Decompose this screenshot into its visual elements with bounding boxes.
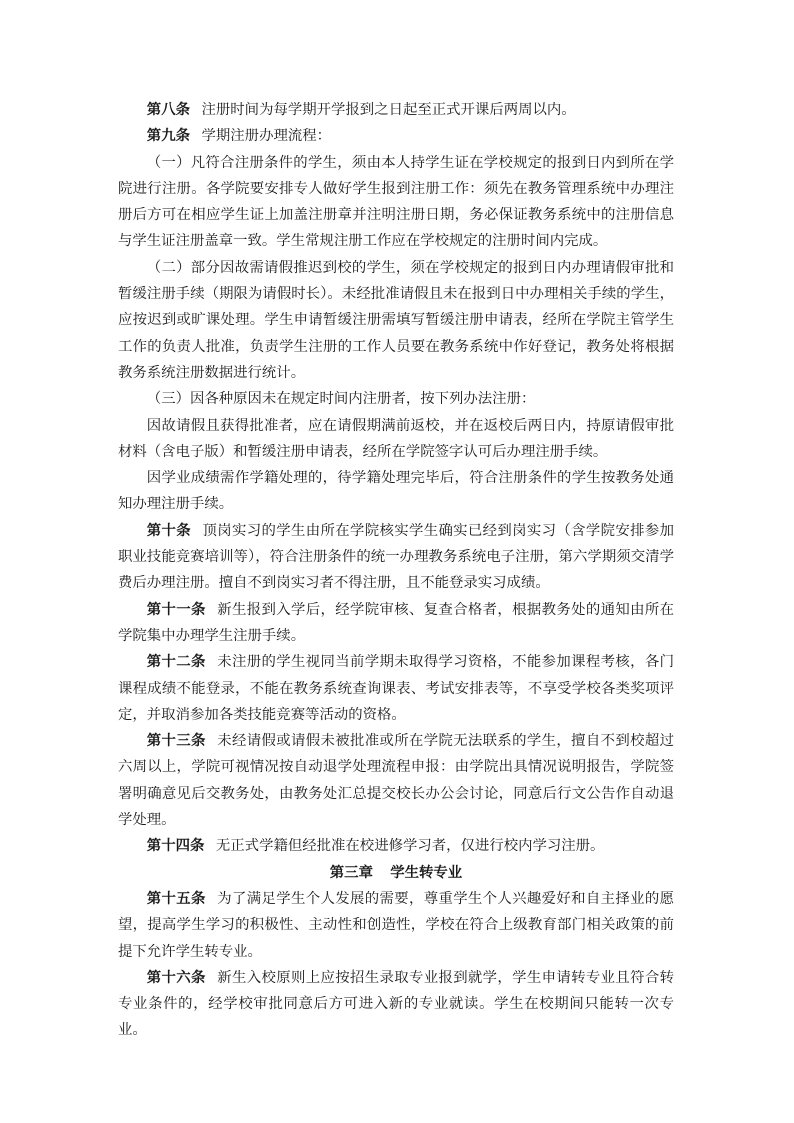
- chapter-title: 学生转专业: [390, 865, 462, 881]
- article-8: 第八条注册时间为每学期开学报到之日起至正式开课后两周以内。: [118, 97, 674, 123]
- article-text: 无正式学籍但经批准在校进修学习者，仅进行校内学习注册。: [216, 838, 605, 854]
- paragraph-item-2: （二）部分因故需请假推迟到校的学生，须在学校规定的报到日内办理请假审批和暂缓注册…: [118, 255, 674, 386]
- article-label: 第九条: [147, 128, 190, 144]
- article-16: 第十六条新生入校原则上应按招生录取专业报到就学，学生申请转专业且符合转专业条件的…: [118, 965, 674, 1044]
- article-9: 第九条学期注册办理流程：: [118, 123, 674, 149]
- article-label: 第十四条: [147, 838, 205, 854]
- chapter-heading: 第三章学生转专业: [118, 860, 674, 886]
- document-page: 第八条注册时间为每学期开学报到之日起至正式开课后两周以内。 第九条学期注册办理流…: [118, 97, 674, 1044]
- article-12: 第十二条未注册的学生视同当前学期未取得学习资格，不能参加课程考核，各门课程成绩不…: [118, 649, 674, 728]
- article-label: 第十条: [147, 523, 191, 539]
- article-10: 第十条顶岗实习的学生由所在学院核实学生确实已经到岗实习（含学院安排参加职业技能竞…: [118, 518, 674, 597]
- article-label: 第十五条: [147, 891, 206, 907]
- article-label: 第十六条: [147, 970, 206, 986]
- article-13: 第十三条未经请假或请假未被批准或所在学院无法联系的学生，擅自不到校超过六周以上，…: [118, 728, 674, 833]
- article-label: 第十二条: [147, 654, 206, 670]
- article-text: 顶岗实习的学生由所在学院核实学生确实已经到岗实习（含学院安排参加职业技能竞赛培训…: [118, 523, 674, 592]
- article-14: 第十四条无正式学籍但经批准在校进修学习者，仅进行校内学习注册。: [118, 833, 674, 859]
- paragraph-leave: 因故请假且获得批准者，应在请假期满前返校，并在返校后两日内，持原请假审批材料（含…: [118, 413, 674, 466]
- article-15: 第十五条为了满足学生个人发展的需要，尊重学生个人兴趣爱好和自主择业的愿望，提高学…: [118, 886, 674, 965]
- paragraph-item-1: （一）凡符合注册条件的学生，须由本人持学生证在学校规定的报到日内到所在学院进行注…: [118, 150, 674, 255]
- article-text: 学期注册办理流程：: [202, 128, 332, 144]
- paragraph-academic: 因学业成绩需作学籍处理的，待学籍处理完毕后，符合注册条件的学生按教务处通知办理注…: [118, 465, 674, 518]
- article-label: 第八条: [147, 102, 190, 118]
- chapter-label: 第三章: [330, 865, 373, 881]
- paragraph-item-3: （三）因各种原因未在规定时间内注册者，按下列办法注册：: [118, 386, 674, 412]
- article-text: 注册时间为每学期开学报到之日起至正式开课后两周以内。: [202, 102, 576, 118]
- article-label: 第十一条: [147, 602, 206, 618]
- article-label: 第十三条: [147, 733, 206, 749]
- article-11: 第十一条新生报到入学后，经学院审核、复查合格者，根据教务处的通知由所在学院集中办…: [118, 597, 674, 650]
